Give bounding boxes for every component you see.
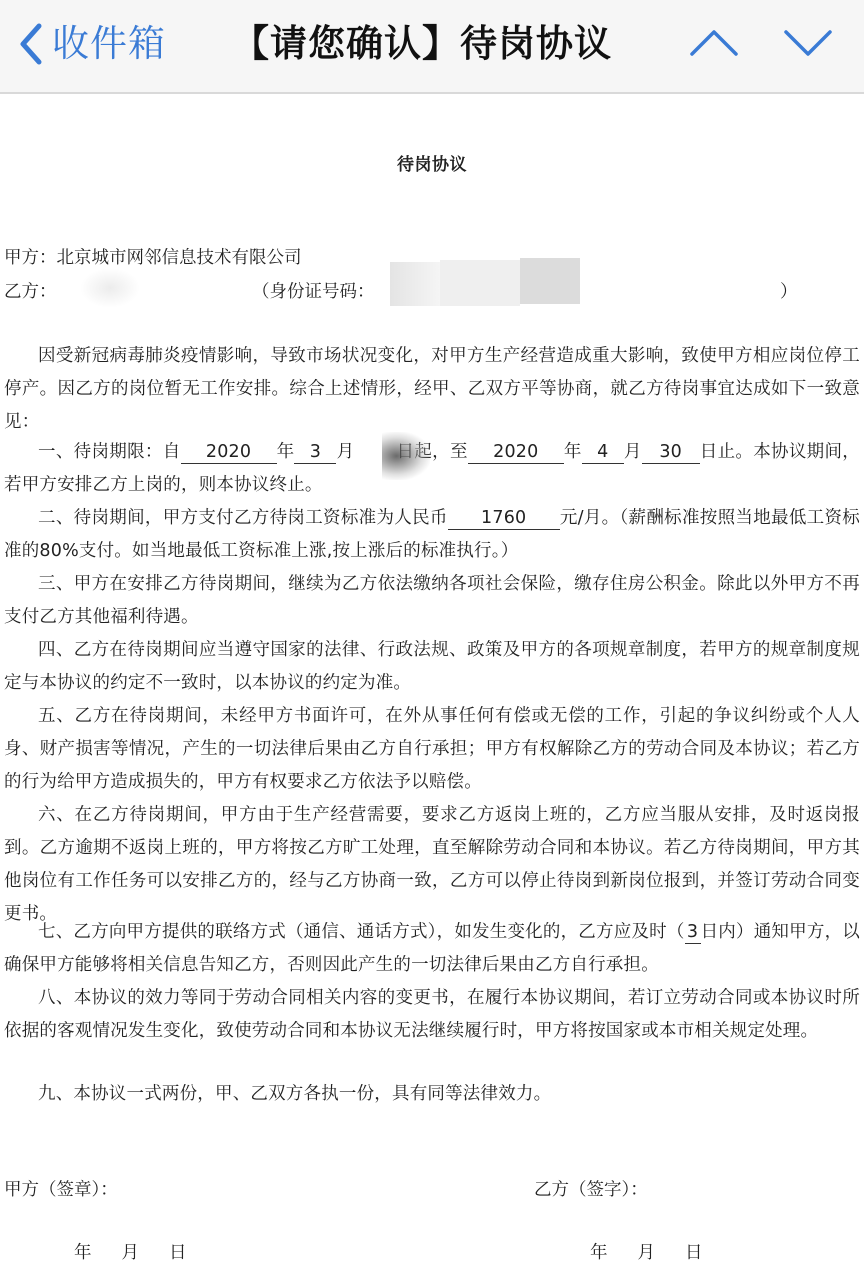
back-label: 收件箱 xyxy=(52,18,166,70)
party-a-line: 甲方：北京城市网邻信息技术有限公司 xyxy=(4,246,302,270)
start-year-field: 2020 xyxy=(181,441,277,464)
clause-7-prefix: 七、乙方向甲方提供的联络方式（通信、通话方式），如发生变化的，乙方应及时（ xyxy=(38,922,685,942)
clause-9-paragraph: 九、本协议一式两份，甲、乙双方各执一份，具有同等法律效力。 xyxy=(4,1078,860,1111)
month-label: 月 xyxy=(624,442,642,462)
chevron-left-icon xyxy=(18,22,44,66)
start-day-field-redacted xyxy=(354,456,396,457)
clause-7-paragraph: 七、乙方向甲方提供的联络方式（通信、通话方式），如发生变化的，乙方应及时（3日内… xyxy=(4,916,860,982)
clause-5-paragraph: 五、乙方在待岗期间，未经甲方书面许可，在外从事任何有偿或无偿的工作，引起的争议纠… xyxy=(4,700,860,799)
party-b-date: 年月日 xyxy=(590,1239,703,1264)
notice-days-field: 3 xyxy=(685,921,701,944)
clause-2-prefix: 二、待岗期间，甲方支付乙方待岗工资标准为人民币 xyxy=(38,508,448,528)
party-b-line: 乙方： xyxy=(4,280,57,304)
email-subject-title: 【请您确认】待岗协议 xyxy=(232,18,612,70)
start-suffix: 日起，至 xyxy=(396,442,467,462)
end-day-field: 30 xyxy=(642,441,700,464)
party-b-signature-label: 乙方（签字）： xyxy=(534,1176,648,1201)
wage-amount-field: 1760 xyxy=(448,507,560,530)
date-year-label: 年 xyxy=(590,1239,608,1264)
previous-email-button[interactable] xyxy=(684,22,744,62)
clause-1-prefix: 一、待岗期限：自 xyxy=(38,442,181,462)
clause-1-paragraph: 一、待岗期限：自2020年3月日起，至2020年4月30日止。本协议期间，若甲方… xyxy=(4,436,860,502)
back-to-inbox-button[interactable]: 收件箱 xyxy=(18,18,166,70)
party-a-signature-label: 甲方（签章）： xyxy=(4,1176,118,1201)
end-month-field: 4 xyxy=(582,441,624,464)
redaction-party-b-name xyxy=(80,268,140,308)
redaction-id-number xyxy=(390,254,600,306)
date-month-label: 月 xyxy=(122,1239,140,1264)
date-day-label: 日 xyxy=(169,1239,187,1264)
date-year-label: 年 xyxy=(74,1239,92,1264)
year-label: 年 xyxy=(277,442,295,462)
next-email-button[interactable] xyxy=(778,22,838,62)
end-year-field: 2020 xyxy=(468,441,564,464)
id-number-label: （身份证号码： xyxy=(252,280,375,304)
date-day-label: 日 xyxy=(685,1239,703,1264)
agreement-document: 待岗协议 甲方：北京城市网邻信息技术有限公司 乙方： （身份证号码： ） 因受新… xyxy=(0,96,864,1275)
clause-2-paragraph: 二、待岗期间，甲方支付乙方待岗工资标准为人民币1760元/月。（薪酬标准按照当地… xyxy=(4,502,860,568)
chevron-down-icon xyxy=(778,47,838,66)
clause-3-paragraph: 三、甲方在安排乙方待岗期间，继续为乙方依法缴纳各项社会保险，缴存住房公积金。除此… xyxy=(4,568,860,634)
chevron-up-icon xyxy=(684,47,744,66)
intro-paragraph: 因受新冠病毒肺炎疫情影响，导致市场状况变化，对甲方生产经营造成重大影响，致使甲方… xyxy=(4,340,860,439)
id-number-close: ） xyxy=(780,280,798,304)
document-title: 待岗协议 xyxy=(0,150,864,175)
clause-8-paragraph: 八、本协议的效力等同于劳动合同相关内容的变更书，在履行本协议期间，若订立劳动合同… xyxy=(4,982,860,1048)
mail-nav-bar: 收件箱 【请您确认】待岗协议 xyxy=(0,0,864,94)
clause-4-paragraph: 四、乙方在待岗期间应当遵守国家的法律、行政法规、政策及甲方的各项规章制度，若甲方… xyxy=(4,634,860,700)
month-label: 月 xyxy=(336,442,354,462)
party-b-label: 乙方： xyxy=(4,282,57,302)
clause-6-paragraph: 六、在乙方待岗期间，甲方由于生产经营需要，要求乙方返岗上班的，乙方应当服从安排，… xyxy=(4,799,860,931)
start-month-field: 3 xyxy=(294,441,336,464)
date-month-label: 月 xyxy=(638,1239,656,1264)
party-a-date: 年月日 xyxy=(74,1239,187,1264)
year-label: 年 xyxy=(564,442,582,462)
